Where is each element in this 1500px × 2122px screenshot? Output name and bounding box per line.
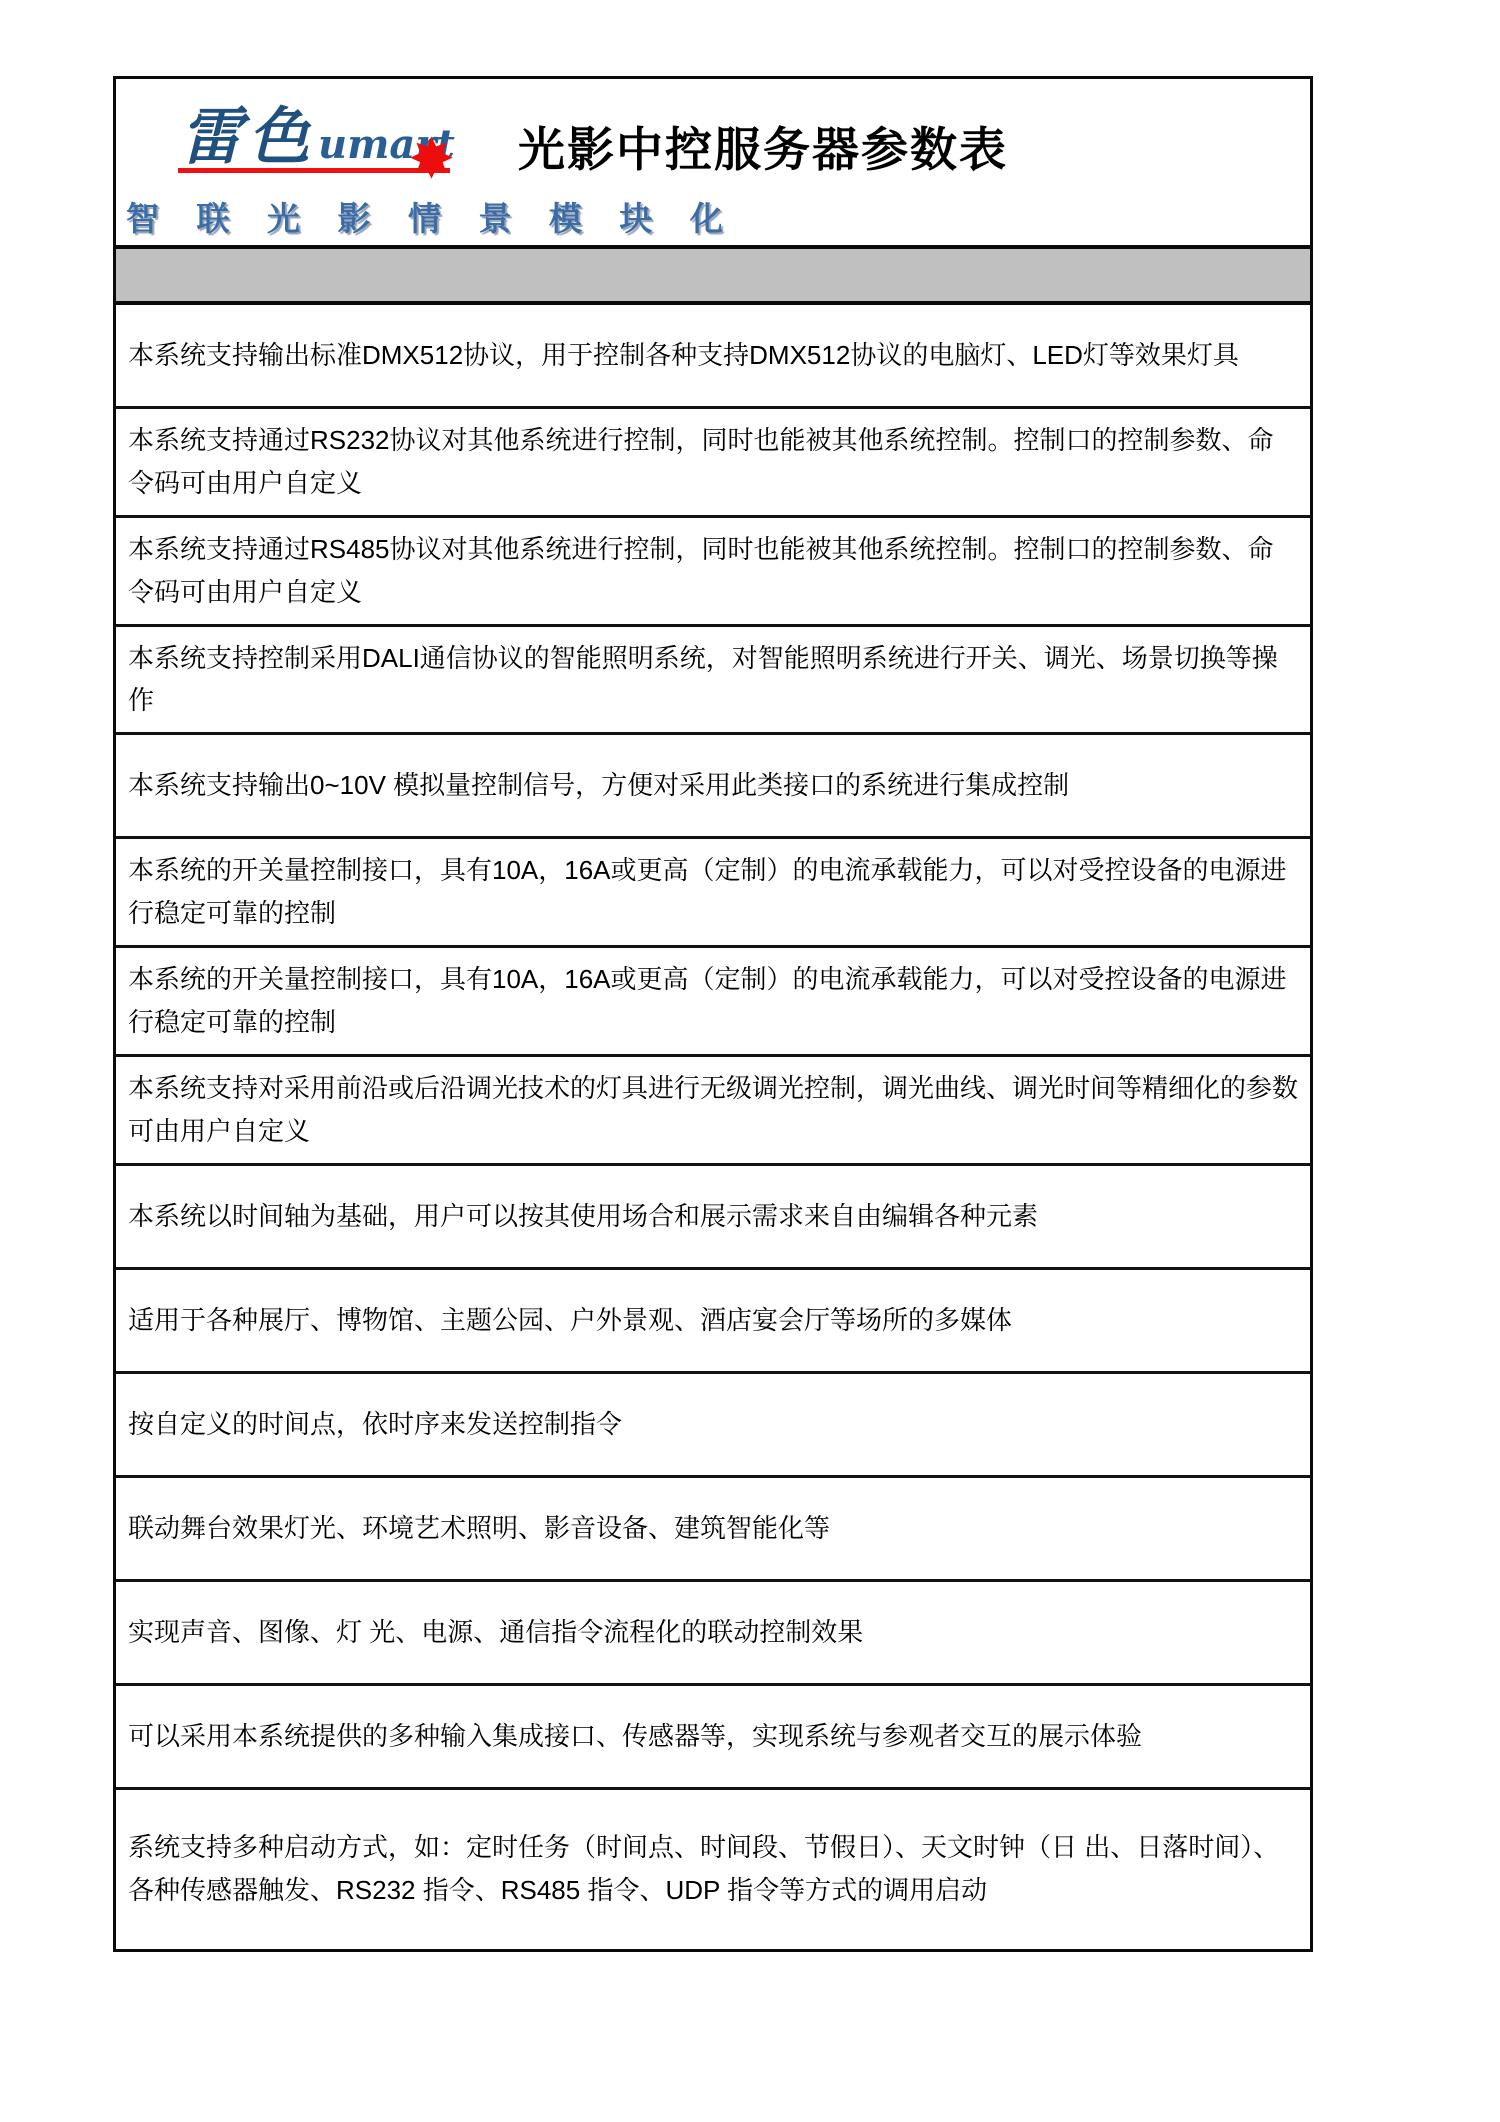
parameter-table: 雷色umart ✸ 智 联 光 影 情 景 模 块 化 光影中控服务器参数表 本… bbox=[113, 76, 1313, 1952]
table-row: 本系统支持控制采用DALI通信协议的智能照明系统，对智能照明系统进行开关、调光、… bbox=[116, 627, 1310, 736]
document-page: { "logo": { "brand_cn": "雷色", "brand_en"… bbox=[0, 0, 1500, 2122]
page-title: 光影中控服务器参数表 bbox=[518, 113, 1008, 180]
table-row: 本系统支持通过RS485协议对其他系统进行控制，同时也能被其他系统控制。控制口的… bbox=[116, 518, 1310, 627]
table-row: 本系统的开关量控制接口，具有10A，16A或更高（定制）的电流承载能力，可以对受… bbox=[116, 948, 1310, 1057]
table-row: 本系统支持通过RS232协议对其他系统进行控制，同时也能被其他系统控制。控制口的… bbox=[116, 409, 1310, 518]
table-row: 本系统支持输出0~10V 模拟量控制信号，方便对采用此类接口的系统进行集成控制 bbox=[116, 735, 1310, 839]
table-row: 适用于各种展厅、博物馆、主题公园、户外景观、酒店宴会厅等场所的多媒体 bbox=[116, 1270, 1310, 1374]
starburst-icon: ✸ bbox=[408, 131, 455, 187]
brand-tagline: 智 联 光 影 情 景 模 块 化 bbox=[126, 193, 736, 240]
table-row: 本系统支持对采用前沿或后沿调光技术的灯具进行无级调光控制，调光曲线、调光时间等精… bbox=[116, 1057, 1310, 1166]
table-row: 实现声音、图像、灯 光、电源、通信指令流程化的联动控制效果 bbox=[116, 1582, 1310, 1686]
table-row: 系统支持多种启动方式，如：定时任务（时间点、时间段、节假日）、天文时钟（日 出、… bbox=[116, 1790, 1310, 1949]
table-row: 本系统以时间轴为基础，用户可以按其使用场合和展示需求来自由编辑各种元素 bbox=[116, 1166, 1310, 1270]
table-row: 按自定义的时间点，依时序来发送控制指令 bbox=[116, 1374, 1310, 1478]
table-header: 雷色umart ✸ 智 联 光 影 情 景 模 块 化 光影中控服务器参数表 bbox=[116, 79, 1310, 245]
table-row: 本系统的开关量控制接口，具有10A，16A或更高（定制）的电流承载能力，可以对受… bbox=[116, 839, 1310, 948]
table-row: 联动舞台效果灯光、环境艺术照明、影音设备、建筑智能化等 bbox=[116, 1478, 1310, 1582]
table-row: 本系统支持输出标准DMX512协议，用于控制各种支持DMX512协议的电脑灯、L… bbox=[116, 305, 1310, 409]
table-row: 可以采用本系统提供的多种输入集成接口、传感器等，实现系统与参观者交互的展示体验 bbox=[116, 1686, 1310, 1790]
section-header-bar bbox=[116, 245, 1310, 305]
logo-cn-text: 雷色 bbox=[180, 100, 316, 173]
